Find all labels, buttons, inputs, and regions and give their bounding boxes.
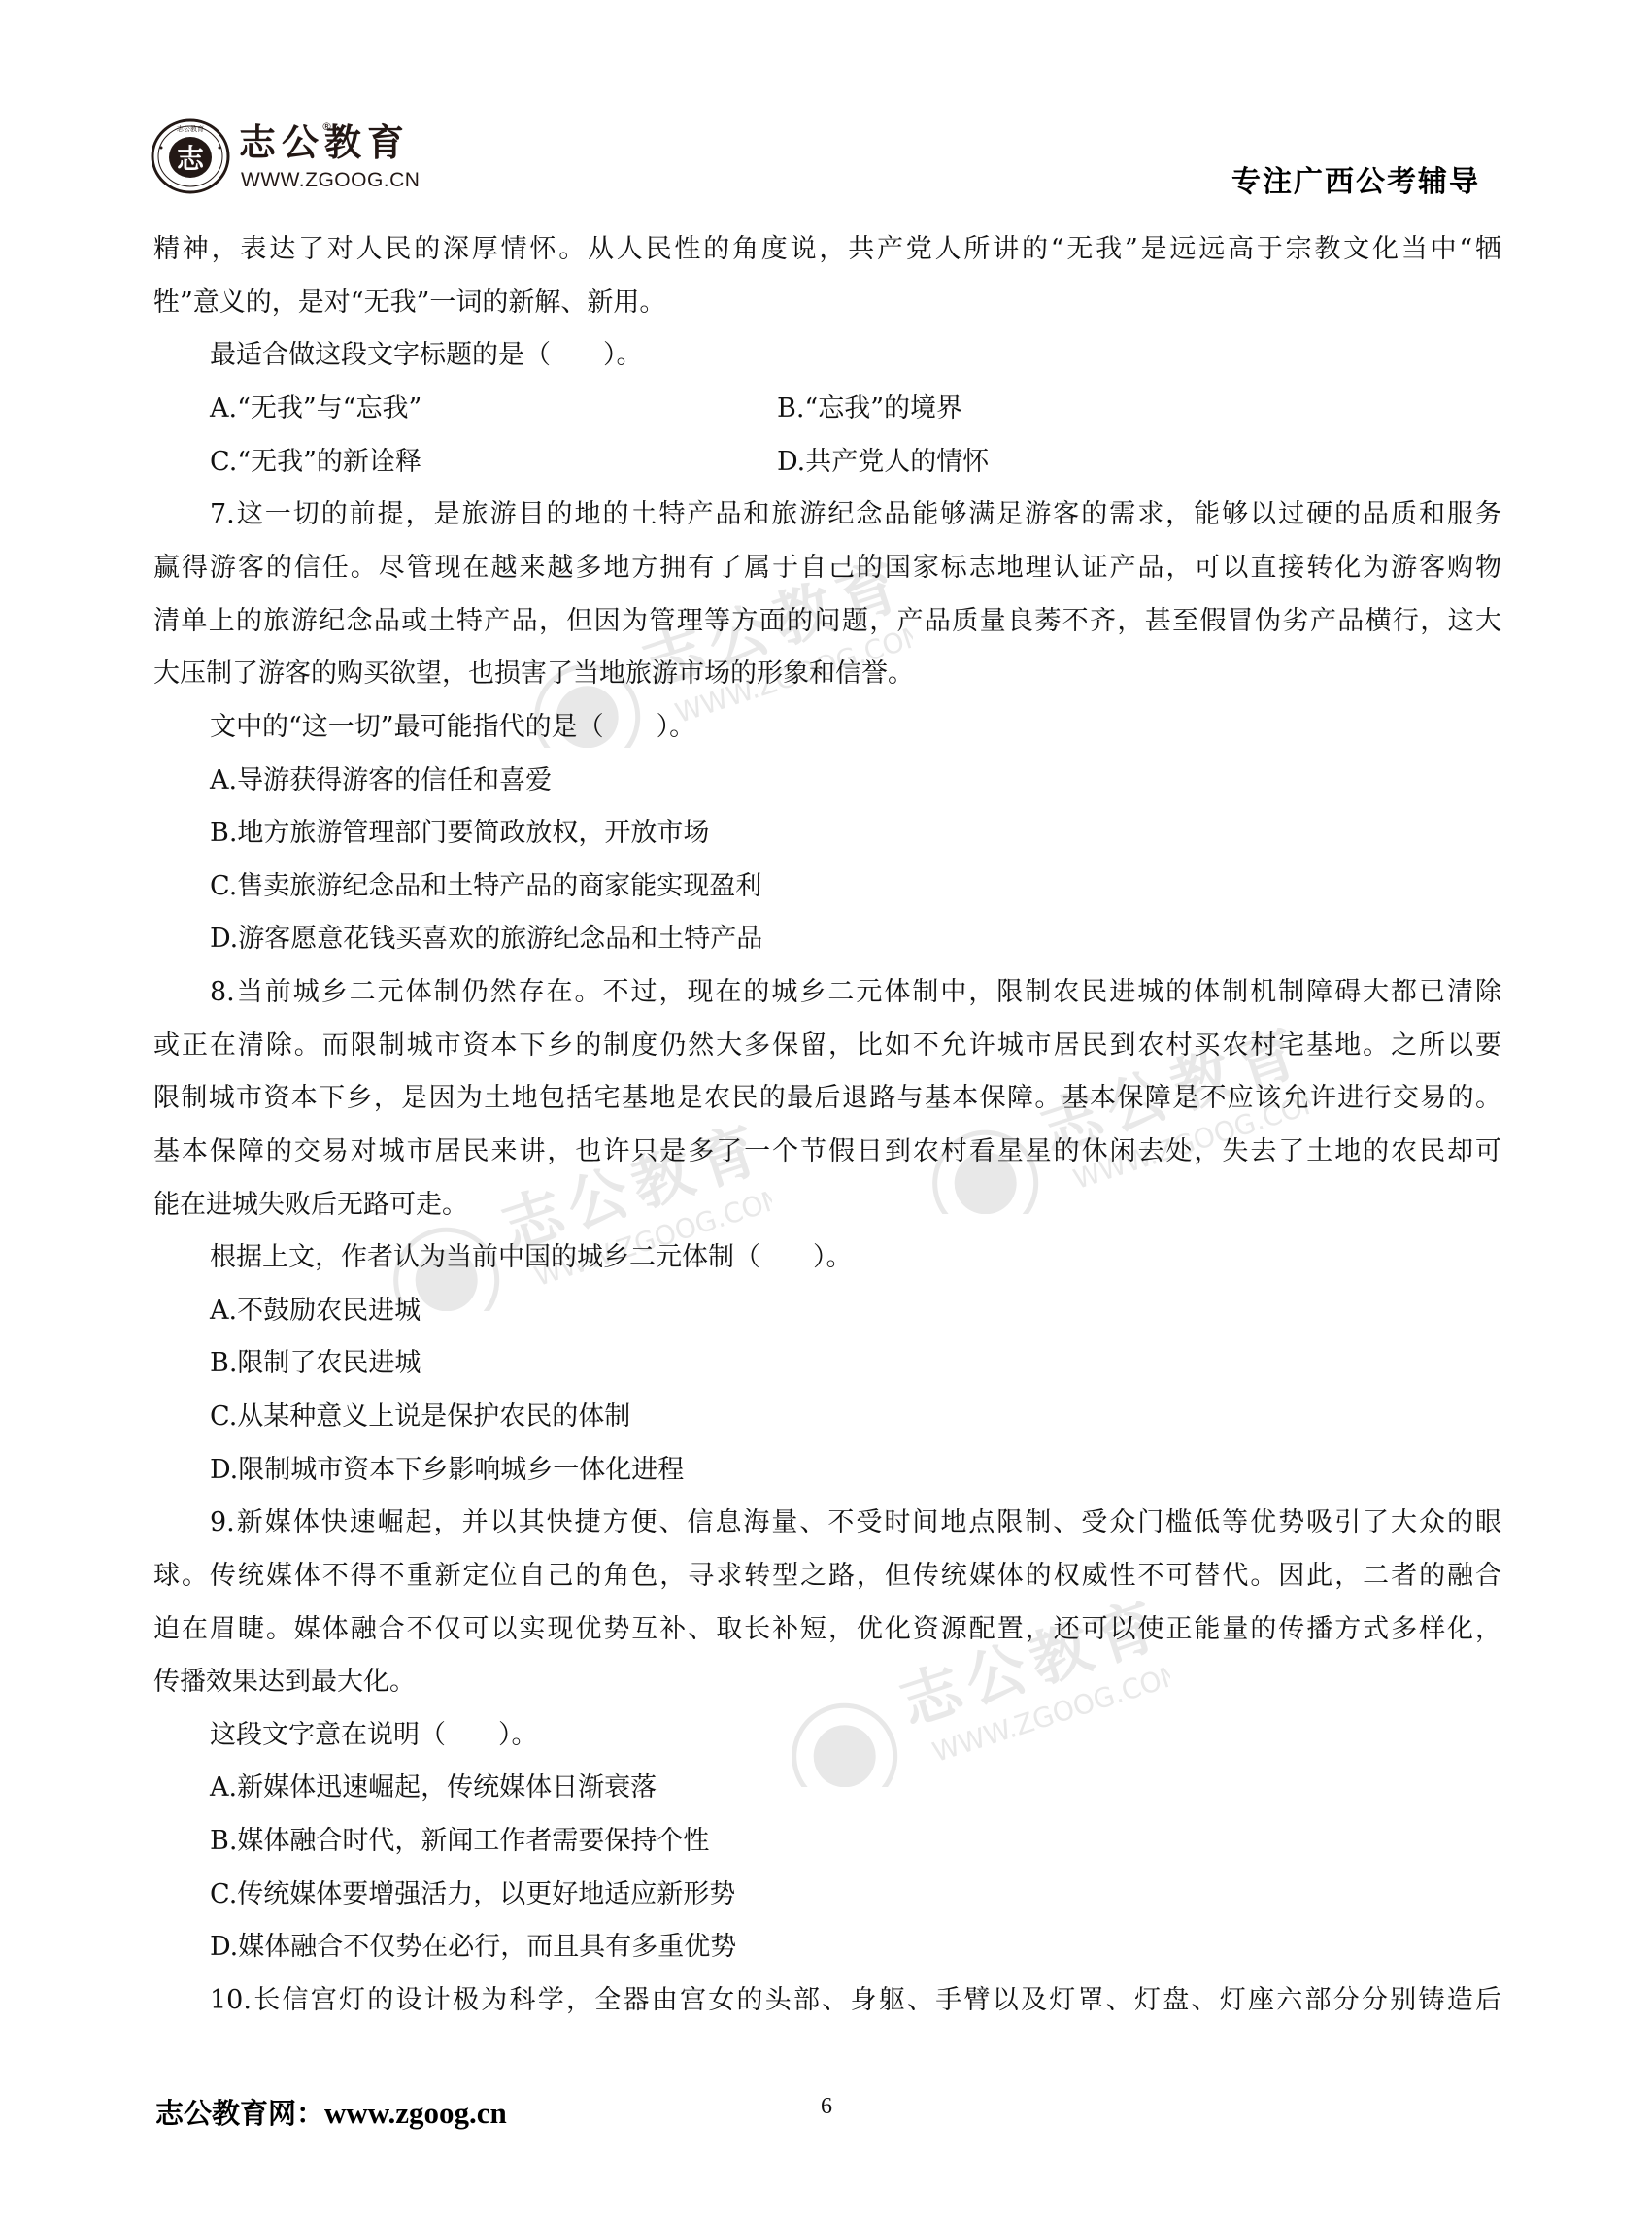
- document-page: 志 志公教育 志公教育 ® WWW.ZGOOG.CN 专注广西公考辅导 志公教育…: [0, 0, 1652, 2225]
- question-10-stem: 10.长信宫灯的设计极为科学，全器由宫女的头部、身躯、手臂以及灯罩、灯盘、灯座六…: [153, 1984, 1501, 2017]
- paragraph-line: 或正在清除。而限制城市资本下乡的制度仍然大多保留，比如不允许城市居民到农村买农村…: [153, 1029, 1501, 1062]
- paragraph-line: 能在进城失败后无路可走。: [153, 1189, 468, 1222]
- footer-site-link[interactable]: www.zgoog.cn: [324, 2096, 507, 2130]
- question-prompt: 这段文字意在说明（ ）。: [210, 1719, 538, 1752]
- registered-mark: ®: [321, 120, 332, 133]
- svg-text:志公教育: 志公教育: [177, 124, 204, 133]
- option-d[interactable]: D.媒体融合不仅势在必行，而且具有多重优势: [210, 1931, 736, 1964]
- question-prompt: 根据上文，作者认为当前中国的城乡二元体制（ ）。: [210, 1241, 853, 1274]
- option-c[interactable]: C.“无我”的新诠释: [210, 446, 421, 479]
- brand-url: WWW.ZGOOG.CN: [241, 169, 420, 192]
- footer-site-label: 志公教育网：: [155, 2097, 324, 2130]
- paragraph-line: 清单上的旅游纪念品或土特产品，但因为管理等方面的问题，产品质量良莠不齐，甚至假冒…: [153, 605, 1501, 638]
- zhigong-logo-icon: 志 志公教育: [151, 118, 230, 194]
- option-a[interactable]: A.新媒体迅速崛起，传统媒体日渐衰落: [210, 1771, 657, 1804]
- option-b[interactable]: B.限制了农民进城: [210, 1347, 421, 1380]
- header-tagline: 专注广西公考辅导: [1231, 163, 1480, 202]
- option-a[interactable]: A.“无我”与“忘我”: [210, 392, 421, 425]
- svg-text:志: 志: [177, 143, 205, 175]
- paragraph-line: 大压制了游客的购买欲望，也损害了当地旅游市场的形象和信誉。: [153, 657, 914, 691]
- paragraph-line: 基本保障的交易对城市居民来讲，也许只是多了一个节假日到农村看星星的休闲去处，失去…: [153, 1135, 1501, 1168]
- option-b[interactable]: B.地方旅游管理部门要简政放权，开放市场: [210, 817, 709, 850]
- paragraph-line: 精神，表达了对人民的深厚情怀。从人民性的角度说，共产党人所讲的“无我”是远远高于…: [153, 233, 1501, 266]
- question-8-stem: 8.当前城乡二元体制仍然存在。不过，现在的城乡二元体制中，限制农民进城的体制机制…: [153, 976, 1501, 1009]
- paragraph-line: 赢得游客的信任。尽管现在越来越多地方拥有了属于自己的国家标志地理认证产品，可以直…: [153, 552, 1501, 585]
- svg-text:WWW.ZGOOG.COM: WWW.ZGOOG.COM: [530, 1181, 772, 1293]
- paragraph-line: 传播效果达到最大化。: [153, 1666, 416, 1699]
- option-d[interactable]: D.游客愿意花钱买喜欢的旅游纪念品和土特产品: [210, 923, 762, 956]
- option-c[interactable]: C.传统媒体要增强活力，以更好地适应新形势: [210, 1878, 735, 1911]
- footer-website: 志公教育网：www.zgoog.cn: [155, 2094, 507, 2133]
- paragraph-line: 限制城市资本下乡，是因为土地包括宅基地是农民的最后退路与基本保障。基本保障是不应…: [153, 1082, 1501, 1115]
- svg-text:WWW.ZGOOG.COM: WWW.ZGOOG.COM: [928, 1657, 1170, 1769]
- paragraph-line: 牲”意义的，是对“无我”一词的新解、新用。: [153, 287, 665, 320]
- option-b[interactable]: B.媒体融合时代，新闻工作者需要保持个性: [210, 1825, 709, 1858]
- option-d[interactable]: D.共产党人的情怀: [777, 446, 989, 479]
- svg-text:志公教育: 志公教育: [892, 1588, 1170, 1739]
- question-prompt: 文中的“这一切”最可能指代的是（ ）。: [210, 711, 695, 744]
- option-d[interactable]: D.限制城市资本下乡影响城乡一体化进程: [210, 1454, 684, 1487]
- question-9-stem: 9.新媒体快速崛起，并以其快捷方便、信息海量、不受时间地点限制、受众门槛低等优势…: [153, 1506, 1501, 1539]
- option-a[interactable]: A.导游获得游客的信任和喜爱: [210, 764, 552, 797]
- question-7-stem: 7.这一切的前提，是旅游目的地的土特产品和旅游纪念品能够满足游客的需求，能够以过…: [153, 498, 1501, 531]
- question-prompt: 最适合做这段文字标题的是（ ）。: [210, 339, 643, 372]
- option-a[interactable]: A.不鼓励农民进城: [210, 1295, 421, 1328]
- option-b[interactable]: B.“忘我”的境界: [777, 392, 962, 425]
- page-number: 6: [821, 2092, 832, 2121]
- paragraph-line: 球。传统媒体不得不重新定位自己的角色，寻求转型之路，但传统媒体的权威性不可替代。…: [153, 1560, 1501, 1593]
- paragraph-line: 迫在眉睫。媒体融合不仅可以实现优势互补、取长补短，优化资源配置，还可以使正能量的…: [153, 1613, 1501, 1646]
- option-c[interactable]: C.从某种意义上说是保护农民的体制: [210, 1400, 630, 1433]
- option-c[interactable]: C.售卖旅游纪念品和土特产品的商家能实现盈利: [210, 870, 761, 903]
